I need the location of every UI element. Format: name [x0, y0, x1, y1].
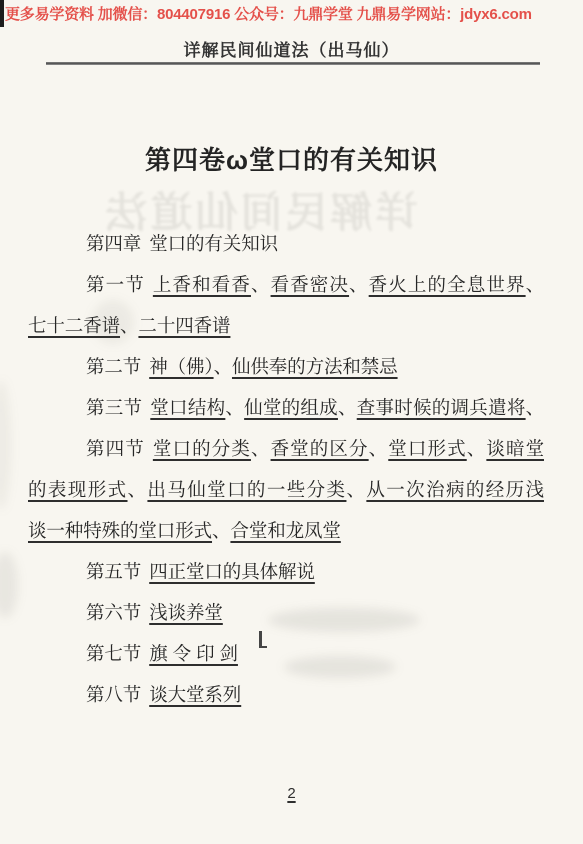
toc-underlined-text: 堂口的分类: [153, 438, 251, 459]
promo-banner-text: 更多易学资料 加微信：804407916 公众号：九鼎学堂 九鼎易学网站：jdy…: [5, 3, 583, 24]
page-number-value: 2: [285, 785, 297, 802]
toc-section-label: 第二节: [86, 356, 141, 377]
toc-underlined-text: 的表现形式: [28, 479, 128, 500]
scan-edge-artifact: [0, 0, 4, 27]
running-head-title: 详解民间仙道法（出马仙）: [0, 36, 583, 61]
toc-section-label: 第四节: [86, 438, 145, 459]
toc-text: 、: [346, 479, 366, 500]
toc-underlined-text: 四正堂口的具体解说: [149, 561, 315, 582]
toc-line: 谈一种特殊的堂口形式、合堂和龙凤堂: [28, 510, 544, 551]
toc-underlined-text: 谈大堂系列: [149, 684, 241, 705]
toc-section-label: 第八节: [86, 684, 141, 705]
toc-section-label: 第三节: [86, 397, 142, 418]
toc-underlined-text: 神（佛）: [149, 356, 213, 377]
toc-underlined-text: 出马仙堂口的一些分类: [147, 479, 346, 500]
toc-text: 、: [526, 397, 544, 418]
toc-line: 第四章堂口的有关知识: [28, 223, 544, 264]
toc-line: 第一节上香和看香、看香密决、香火上的全息世界、: [28, 264, 544, 305]
bleed-through-smudge: [284, 656, 396, 678]
toc-underlined-text: 堂口结构: [150, 397, 225, 418]
toc-underlined-text: 合堂和龙凤堂: [230, 520, 340, 541]
toc-underlined-text: 香堂的区分: [271, 438, 369, 459]
toc-underlined-text: 浅谈养堂: [149, 602, 223, 623]
toc-text: 、: [225, 397, 244, 418]
toc-text: 、: [526, 274, 544, 295]
toc-line: 的表现形式、出马仙堂口的一些分类、从一次治病的经历浅: [28, 469, 544, 510]
toc-section-label: 第五节: [86, 561, 141, 582]
toc-text: 、: [349, 274, 369, 295]
toc-section-label: 第六节: [86, 602, 141, 623]
toc-underlined-text: 仙堂的组成: [244, 397, 338, 418]
toc-underlined-text: 旗 令 印 剑: [149, 643, 238, 664]
toc-underlined-text: 从一次治病的经历浅: [366, 479, 544, 500]
toc-text: 、: [467, 438, 487, 459]
toc-underlined-text: 上香和看香: [153, 274, 251, 295]
toc-section-label: 第七节: [86, 643, 141, 664]
toc-text: 、: [214, 356, 232, 377]
page-number: 2: [0, 785, 583, 802]
toc-text: 、: [369, 438, 389, 459]
toc-text: 、: [128, 479, 148, 500]
scan-smudge: [0, 380, 11, 510]
bleed-through-smudge: [92, 300, 134, 344]
volume-title: 第四卷ω堂口的有关知识: [0, 140, 583, 177]
toc-underlined-text: 查事时候的调兵遣将: [357, 397, 526, 418]
toc-underlined-text: 香火上的全息世界: [369, 274, 526, 295]
toc-underlined-text: 二十四香谱: [138, 315, 230, 336]
toc-line: 第五节四正堂口的具体解说: [28, 551, 544, 592]
toc-text: 堂口的有关知识: [149, 233, 278, 254]
toc-underlined-text: 堂口形式: [388, 438, 466, 459]
stray-ink-mark: [259, 631, 262, 648]
toc-underlined-text: 仙供奉的方法和禁忌: [232, 356, 398, 377]
toc-line: 第三节堂口结构、仙堂的组成、查事时候的调兵遣将、: [28, 387, 544, 428]
toc-line: 第二节神（佛）、仙供奉的方法和禁忌: [28, 346, 544, 387]
scan-smudge: [0, 552, 18, 618]
toc-text: 、: [251, 438, 271, 459]
toc: 第四章堂口的有关知识第一节上香和看香、看香密决、香火上的全息世界、七十二香谱、二…: [28, 223, 544, 715]
toc-line: 第四节堂口的分类、香堂的区分、堂口形式、谈暗堂: [28, 428, 544, 469]
toc-line: 第八节谈大堂系列: [28, 674, 544, 715]
toc-underlined-text: 谈一种特殊的堂口形式: [28, 520, 212, 541]
header-rule: [46, 62, 540, 65]
toc-section-label: 第一节: [86, 274, 145, 295]
toc-text: 、: [338, 397, 357, 418]
toc-text: 、: [251, 274, 271, 295]
scanned-book-page: 更多易学资料 加微信：804407916 公众号：九鼎学堂 九鼎易学网站：jdy…: [0, 0, 583, 844]
toc-underlined-text: 谈暗堂: [486, 438, 544, 459]
bleed-through-smudge: [268, 608, 420, 632]
toc-section-label: 第四章: [86, 233, 141, 254]
toc-text: 、: [212, 520, 230, 541]
toc-underlined-text: 看香密决: [271, 274, 349, 295]
